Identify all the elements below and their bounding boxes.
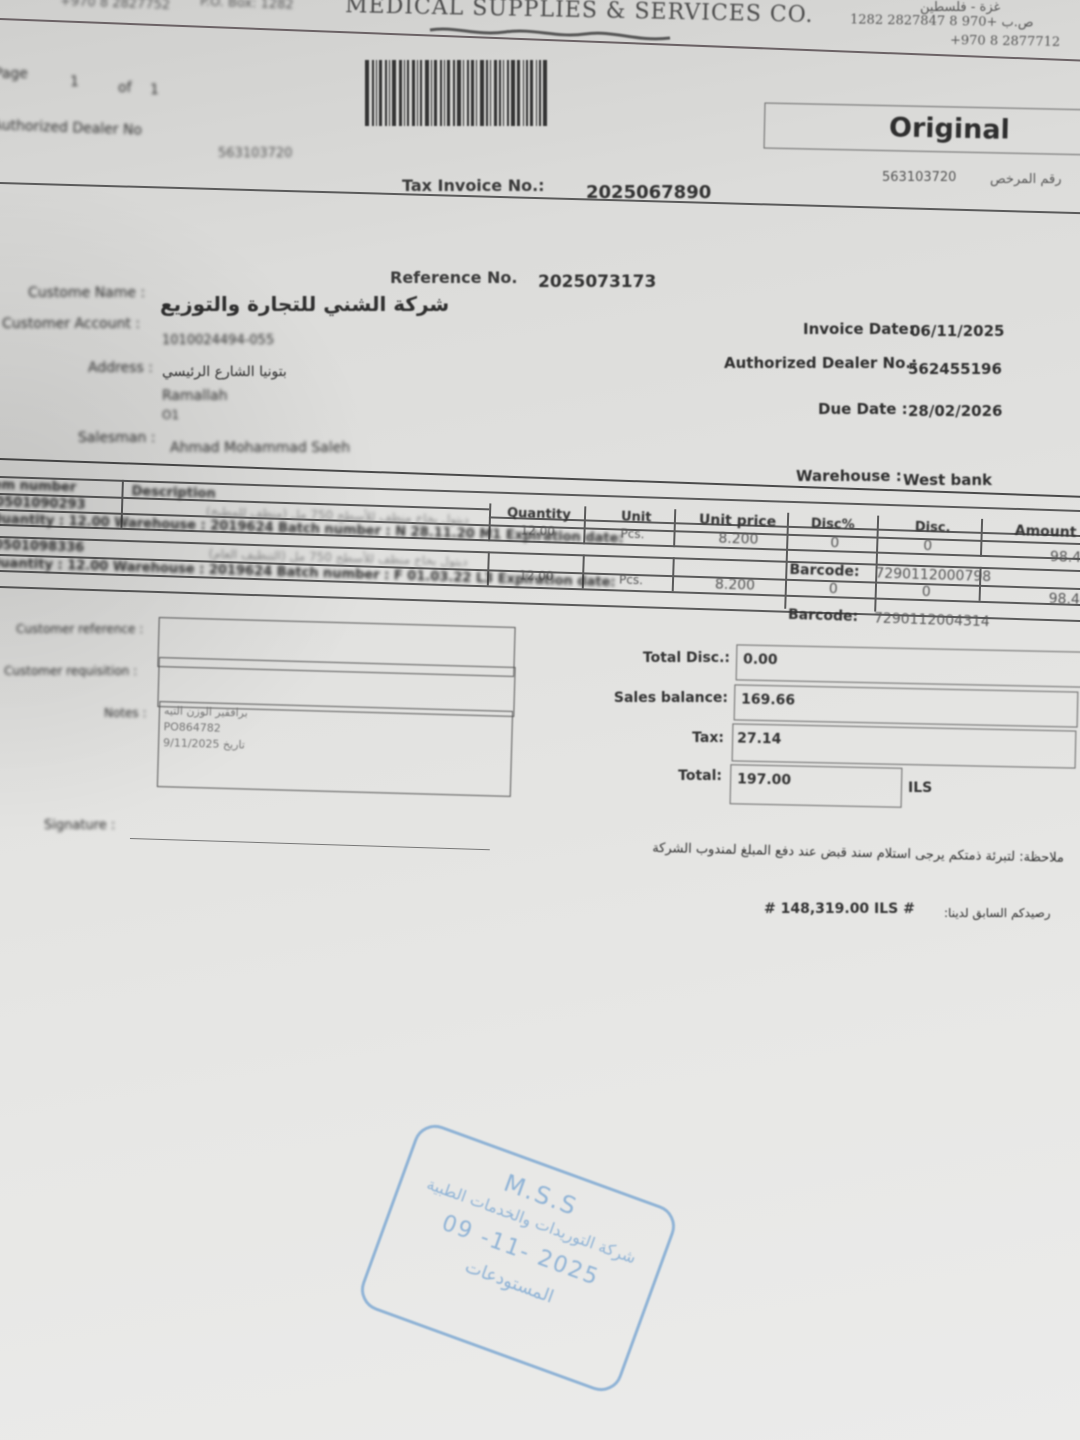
- sales-balance-value: 169.66: [741, 692, 795, 709]
- address-line-1: بتونيا الشارع الرئيسي: [162, 364, 287, 380]
- total-disc-field: 0.00: [736, 644, 1080, 687]
- barcode-bar: [365, 60, 369, 126]
- invoice-date-value: 06/11/2025: [910, 322, 1004, 340]
- barcode-bar: [404, 60, 405, 126]
- barcode-bar: [434, 60, 437, 126]
- warehouse-label: Warehouse :: [796, 467, 902, 485]
- page-of: of: [118, 80, 132, 96]
- barcode-bar: [392, 60, 396, 126]
- address-label: Address :: [88, 360, 153, 376]
- customer-reference-label: Customer reference :: [16, 622, 143, 636]
- sales-balance-field: 169.66: [734, 684, 1079, 727]
- right-dealer-label-ar: رقم المرخص: [990, 172, 1062, 187]
- row2-barcode: 7290112004314: [874, 611, 990, 631]
- header-address-ar: غزة - فلسطين: [920, 0, 1000, 15]
- barcode-bar: [523, 60, 524, 126]
- notes-label: Notes :: [104, 706, 147, 720]
- col-header-disc: Disc.: [915, 520, 951, 536]
- customer-account-label: Customer Account :: [2, 316, 140, 332]
- total-disc-label: Total Disc.:: [600, 650, 730, 666]
- reference-number: 2025073173: [538, 272, 656, 292]
- barcode-bar: [385, 60, 387, 126]
- barcode-bar: [494, 60, 497, 126]
- total-disc-value: 0.00: [743, 652, 778, 669]
- row1-item-number: 0501090293: [0, 495, 86, 513]
- row2-unit-price: 8.200: [715, 577, 756, 594]
- col-header-description: Description: [131, 484, 216, 502]
- invoice-paper: +970 8 2827752 P.O. Box: 1282 MEDICAL SU…: [0, 0, 1080, 1440]
- row1-amount: 98.40: [1050, 549, 1080, 566]
- row1-disc-pct: 0: [830, 535, 839, 551]
- row2-disc: 0: [922, 584, 931, 600]
- invoice-barcode: [365, 60, 587, 126]
- barcode-bar: [407, 60, 409, 126]
- barcode-bar: [476, 60, 477, 126]
- original-label: Original: [889, 112, 1010, 146]
- header-pobox-fragment: P.O. Box: 1282: [200, 0, 294, 13]
- barcode-bar: [536, 60, 537, 126]
- col-header-unit-price: Unit price: [699, 512, 777, 530]
- barcode-bar: [526, 60, 528, 126]
- row2-unit: Pcs.: [619, 572, 643, 587]
- barcode-bar: [420, 60, 422, 126]
- barcode-bar: [444, 60, 445, 126]
- company-stamp: M.S.S شركة التوريدات والخدمات الطبية 09 …: [355, 1119, 681, 1398]
- authorized-dealer-value: 563103720: [218, 146, 292, 161]
- barcode-bar: [530, 60, 533, 126]
- col-header-unit: Unit: [621, 510, 652, 526]
- authorized-dealer-label: Authorized Dealer No: [0, 117, 142, 138]
- barcode-bar: [412, 60, 415, 126]
- salesman-label: Salesman :: [78, 430, 156, 446]
- barcode-bar: [467, 60, 469, 126]
- total-value: 197.00: [737, 771, 791, 788]
- previous-balance-label-ar: رصيدكم السابق لدينا:: [944, 906, 1051, 920]
- original-box: Original: [764, 103, 1080, 156]
- total-currency: ILS: [908, 780, 932, 796]
- dealer-no-value: 562455196: [908, 360, 1002, 378]
- barcode-bar: [440, 60, 442, 126]
- salesman-value: Ahmad Mohammad Saleh: [170, 440, 350, 456]
- row1-unit: Pcs.: [620, 527, 644, 542]
- col-header-item-number: Item number: [0, 477, 76, 495]
- notes-line-3: 9/11/2025 تاريخ: [163, 736, 245, 751]
- address-line-2: Ramallah: [162, 388, 227, 404]
- page-label: Page: [0, 66, 28, 82]
- total-label: Total:: [640, 768, 722, 784]
- row1-disc: 0: [923, 538, 932, 554]
- barcode-bar: [376, 60, 377, 126]
- barcode-bar: [490, 60, 491, 126]
- signature-line[interactable]: [130, 838, 490, 850]
- barcode-bar: [457, 60, 461, 126]
- total-field: 197.00: [730, 764, 903, 808]
- row1-barcode-label: Barcode:: [789, 562, 860, 580]
- barcode-bar: [425, 60, 429, 126]
- header-phone-1: 1282 ص.ب +970 8 2827847: [850, 12, 1034, 30]
- tax-field: 27.14: [732, 723, 1077, 768]
- barcode-bar: [447, 60, 450, 126]
- customer-requisition-label: Customer requisition :: [4, 664, 137, 678]
- barcode-bar: [453, 60, 455, 126]
- customer-name-value: شركة الشني للتجارة والتوزيع: [160, 292, 449, 316]
- warehouse-value: West bank: [903, 471, 992, 489]
- row2-amount: 98.40: [1048, 591, 1080, 608]
- header-phone-fragment: +970 8 2827752: [60, 0, 171, 13]
- notes-line-2: PO864782: [163, 720, 221, 735]
- barcode-bar: [543, 60, 547, 126]
- sales-balance-label: Sales balance:: [580, 690, 728, 706]
- barcode-bar: [499, 60, 501, 126]
- barcode-bar: [399, 60, 402, 126]
- barcode-bar: [379, 60, 382, 126]
- barcode-bar: [389, 60, 390, 126]
- barcode-bar: [486, 60, 488, 126]
- payment-notice-ar: ملاحظة: لتبرئة ذمتكم يرجى استلام سند قبض…: [664, 841, 1064, 866]
- customer-name-label: Custome Name :: [28, 285, 145, 301]
- page-total: 1: [150, 82, 159, 98]
- customer-account-value: 1010024494-055: [162, 333, 274, 348]
- barcode-bar: [503, 60, 504, 126]
- barcode-bar: [471, 60, 474, 126]
- row1-unit-price: 8.200: [718, 531, 759, 548]
- tax-invoice-label: Tax Invoice No.:: [402, 176, 545, 195]
- right-dealer-value: 563103720: [882, 170, 956, 185]
- barcode-bar: [480, 60, 484, 126]
- address-line-3: O1: [162, 408, 179, 422]
- barcode-bar: [372, 60, 374, 126]
- previous-balance-value: # 148,319.00 ILS #: [764, 901, 915, 917]
- col-header-quantity: Quantity: [507, 506, 571, 523]
- barcode-bar: [417, 60, 418, 126]
- row2-item-number: 0501098336: [0, 538, 84, 556]
- row2-disc-pct: 0: [829, 581, 838, 597]
- row2-barcode-label: Barcode:: [788, 607, 859, 625]
- barcode-bar: [517, 60, 520, 126]
- barcode-bar: [539, 60, 541, 126]
- tax-value: 27.14: [737, 731, 782, 748]
- notes-field: برافقير الوزن التيه PO864782 9/11/2025 ت…: [157, 701, 513, 797]
- col-header-disc-pct: Disc%: [811, 516, 855, 532]
- col-header-amount: Amount: [1015, 523, 1077, 541]
- reference-label: Reference No.: [390, 268, 517, 287]
- dealer-no-label: Authorized Dealer No.:: [724, 354, 917, 372]
- notes-line-1: برافقير الوزن التيه: [164, 704, 248, 719]
- barcode-bar: [463, 60, 464, 126]
- due-date-label: Due Date :: [818, 400, 908, 418]
- barcode-bar: [511, 60, 515, 126]
- header-phone-2: +970 8 2877712: [950, 33, 1060, 50]
- barcode-bar: [507, 60, 509, 126]
- due-date-value: 28/02/2026: [908, 402, 1002, 420]
- invoice-date-label: Invoice Date:: [803, 320, 915, 338]
- barcode-bar: [431, 60, 432, 126]
- signature-label: Signature :: [44, 818, 115, 833]
- page-current: 1: [70, 74, 79, 90]
- tax-label: Tax:: [640, 730, 724, 746]
